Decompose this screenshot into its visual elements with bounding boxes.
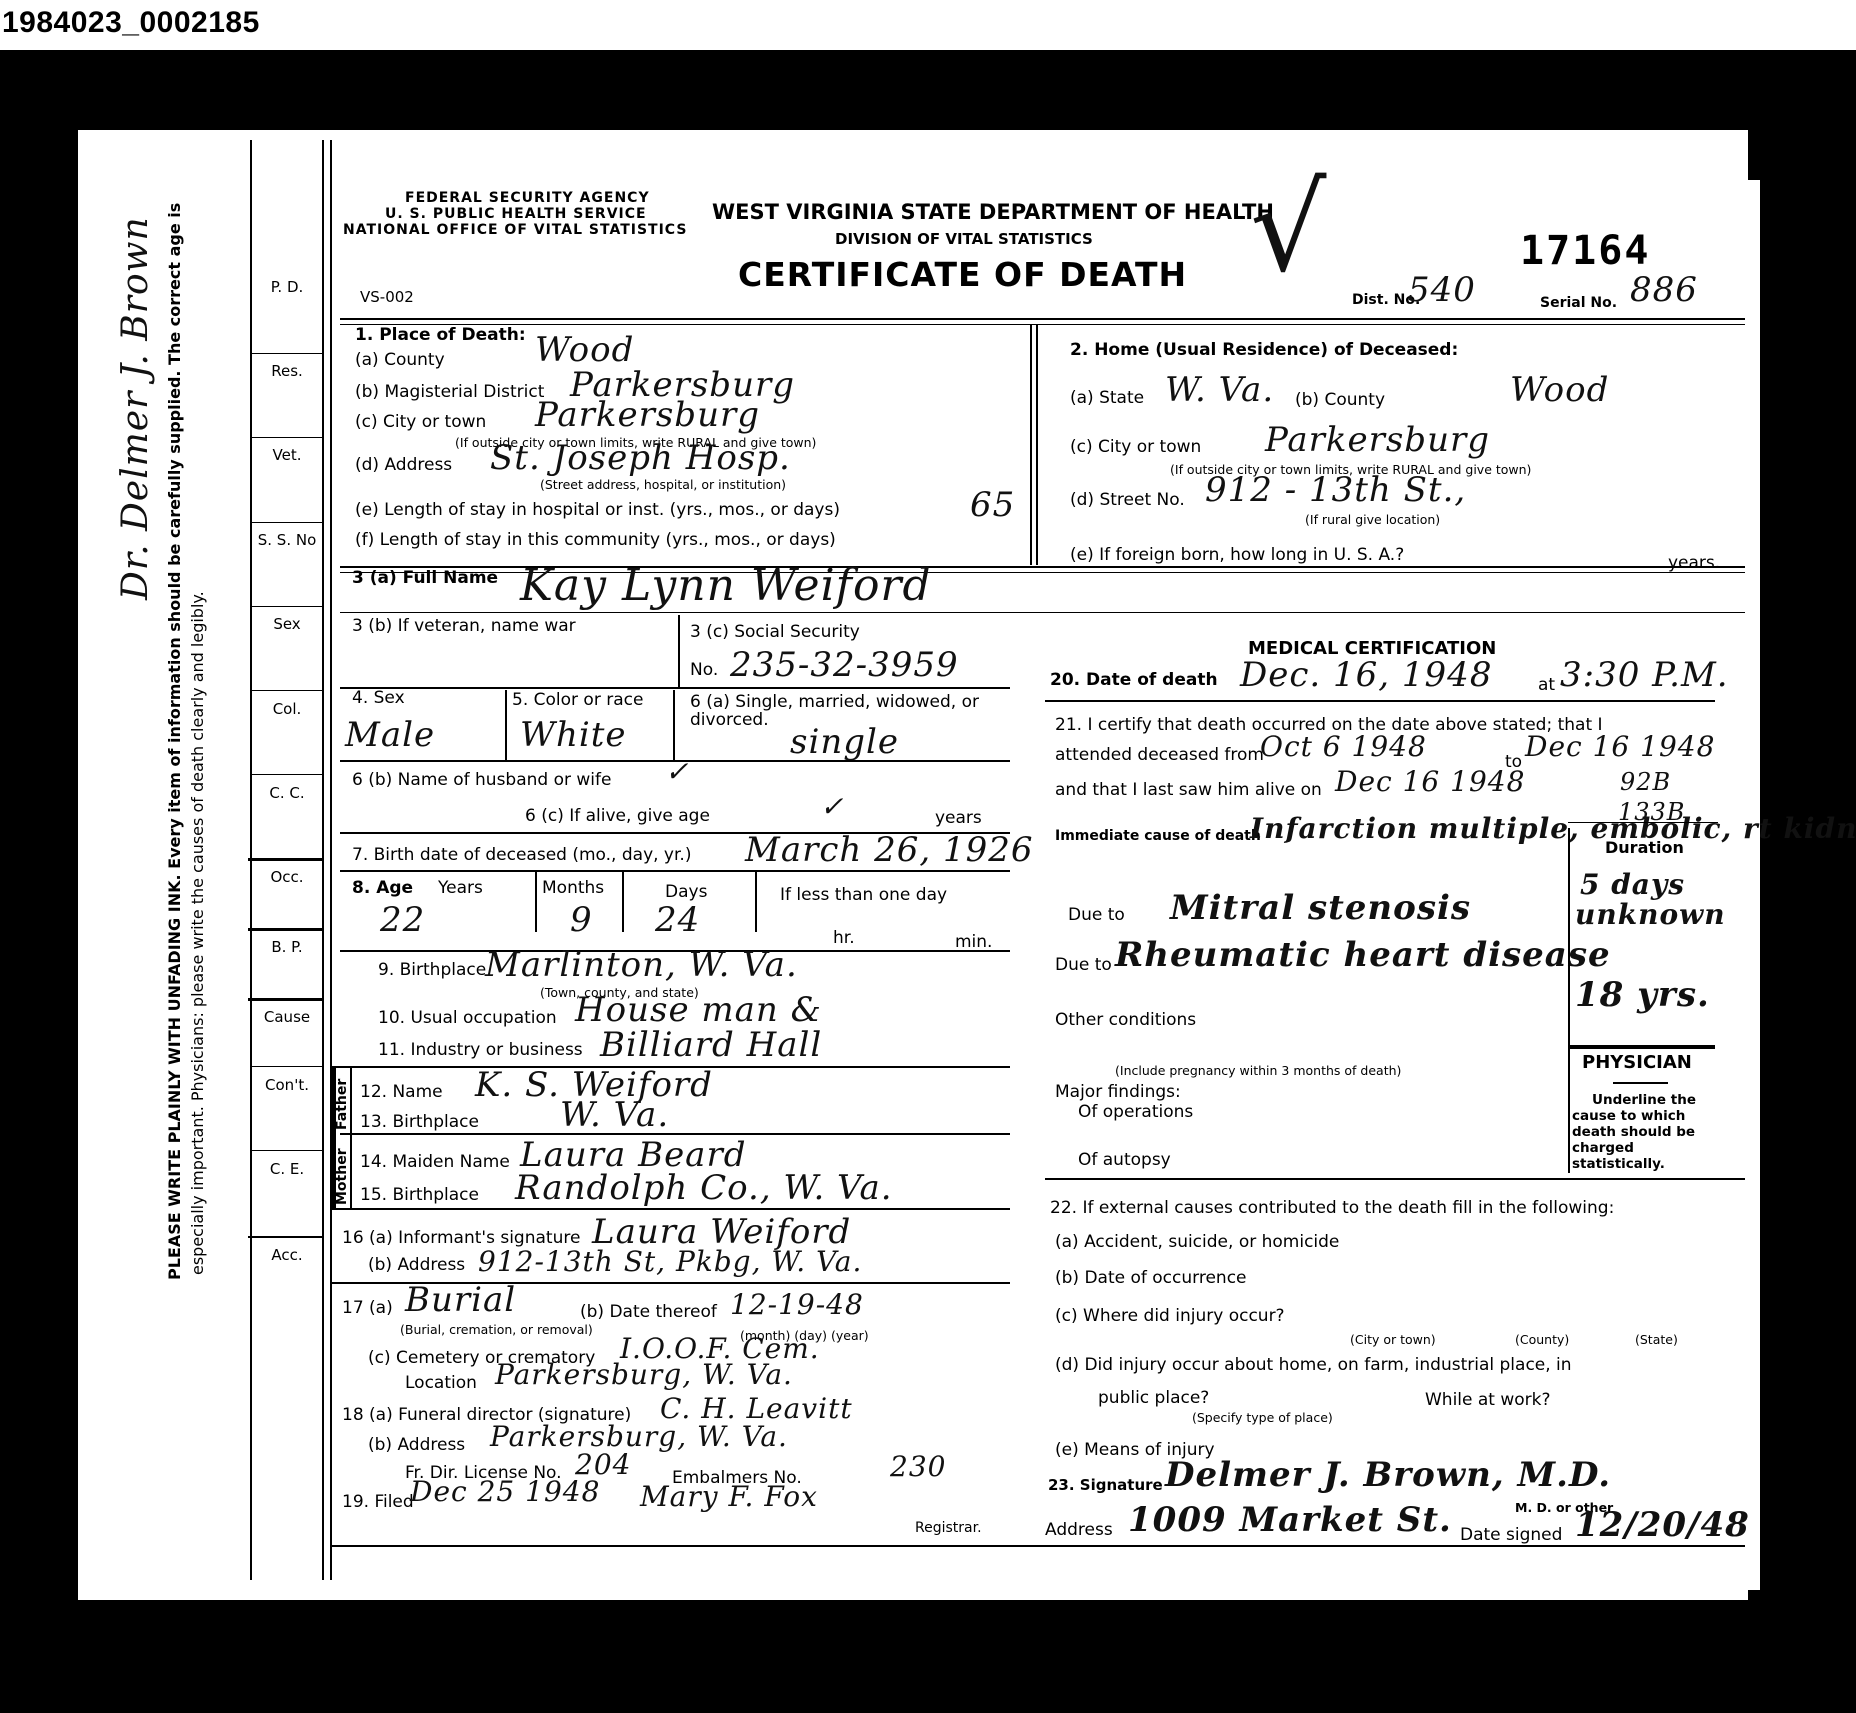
death-time: 3:30 P.M. <box>1560 655 1729 695</box>
duration-2: unknown <box>1575 898 1726 931</box>
mother-maiden-label: 14. Maiden Name <box>360 1152 510 1172</box>
pregnancy-note: (Include pregnancy within 3 months of de… <box>1115 1063 1401 1078</box>
duration-heading: Duration <box>1605 838 1684 857</box>
code-sex: Sex <box>252 615 322 633</box>
registrar-signature: Mary F. Fox <box>640 1480 818 1513</box>
external-d-note: (Specify type of place) <box>1192 1410 1333 1425</box>
attended-to: Dec 16 1948 <box>1525 730 1715 763</box>
stamp-number: 17164 <box>1520 228 1650 274</box>
veteran-label: 3 (b) If veteran, name war <box>352 616 576 636</box>
physician-note: Underline the cause to which death shoul… <box>1572 1092 1715 1172</box>
major-findings-label: Major findings: <box>1055 1082 1181 1102</box>
age-months: 9 <box>570 900 593 940</box>
due-to-label-2: Due to <box>1055 955 1112 975</box>
age-months-header: Months <box>542 878 604 898</box>
father-birthplace-label: 13. Birthplace <box>360 1112 479 1132</box>
public-health-service: U. S. PUBLIC HEALTH SERVICE <box>385 206 647 222</box>
divider <box>340 612 1745 613</box>
duration-1: 5 days <box>1580 868 1685 901</box>
occupation: House man & <box>575 990 822 1030</box>
marital-status: single <box>790 722 899 762</box>
spouse-label: 6 (b) Name of husband or wife <box>352 770 611 790</box>
race: White <box>520 715 627 755</box>
disposition-note: (Burial, cremation, or removal) <box>400 1322 593 1337</box>
location-label: Location <box>405 1373 477 1393</box>
age-days-header: Days <box>665 882 707 902</box>
code-cause: Cause <box>252 1008 322 1026</box>
external-c-city-note: (City or town) <box>1350 1332 1436 1347</box>
attended-label: attended deceased from <box>1055 745 1264 765</box>
ss-no-label: No. <box>690 660 718 680</box>
divider <box>330 1545 1745 1547</box>
death-date-label: 20. Date of death <box>1050 670 1218 690</box>
date-signed: 12/20/48 <box>1575 1505 1750 1545</box>
physician-heading: PHYSICIAN <box>1582 1052 1692 1073</box>
home-county-label: (b) County <box>1295 390 1385 410</box>
address-label: (d) Address <box>355 455 452 475</box>
margin-instructions-2: especially important. Physicians: please… <box>188 591 207 1275</box>
full-name-label-text: 3 (a) Full Name <box>352 568 498 588</box>
divider <box>252 606 322 607</box>
divider <box>1045 700 1715 702</box>
age-min: min. <box>955 932 992 952</box>
dist-value: 540 <box>1408 270 1476 310</box>
disposition: Burial <box>405 1280 516 1320</box>
divider <box>340 324 1745 325</box>
divider <box>330 1208 1010 1210</box>
code-cont: Con't. <box>252 1076 322 1094</box>
death-county: Wood <box>535 330 634 370</box>
while-at-work-label: While at work? <box>1425 1390 1551 1410</box>
city-label: (c) City or town <box>355 412 486 432</box>
registrar-label: Registrar. <box>915 1520 982 1536</box>
serial-value: 886 <box>1630 270 1698 310</box>
spouse-age-label: 6 (c) If alive, give age <box>525 806 710 826</box>
operations-label: Of operations <box>1078 1102 1193 1122</box>
code-bp: B. P. <box>252 938 322 956</box>
division: DIVISION OF VITAL STATISTICS <box>835 230 1093 248</box>
external-a-label: (a) Accident, suicide, or homicide <box>1055 1232 1339 1252</box>
external-heading: 22. If external causes contributed to th… <box>1050 1198 1614 1218</box>
age-hr: hr. <box>833 928 855 948</box>
physician-address: 1009 Market St. <box>1128 1500 1452 1540</box>
page-title: CERTIFICATE OF DEATH <box>738 255 1187 294</box>
filed-label: 19. Filed <box>342 1492 414 1512</box>
sex-label: 4. Sex <box>352 688 405 708</box>
last-seen: Dec 16 1948 <box>1335 765 1525 798</box>
paper-edge <box>1748 180 1760 1590</box>
due-to-1: Mitral stenosis <box>1170 888 1471 928</box>
divider <box>622 872 624 932</box>
code-acc: Acc. <box>252 1246 322 1264</box>
external-d-label: (d) Did injury occur about home, on farm… <box>1055 1355 1572 1375</box>
father-birthplace: W. Va. <box>560 1095 669 1135</box>
divider <box>1036 325 1038 565</box>
national-office: NATIONAL OFFICE OF VITAL STATISTICS <box>343 222 687 238</box>
birth-date: March 26, 1926 <box>745 830 1034 870</box>
divider <box>340 870 1010 872</box>
ss-number: 235-32-3959 <box>730 645 959 685</box>
age-label: 8. Age <box>352 878 413 898</box>
death-date: Dec. 16, 1948 <box>1240 655 1492 695</box>
external-c-state-note: (State) <box>1635 1332 1678 1347</box>
divider <box>1568 822 1718 823</box>
full-name: Kay Lynn Weiford <box>520 560 932 611</box>
divider <box>1570 1045 1715 1049</box>
last-seen-label: and that I last saw him alive on <box>1055 780 1322 800</box>
birth-date-label: 7. Birth date of deceased (mo., day, yr.… <box>352 845 691 865</box>
divider <box>252 1150 322 1151</box>
home-street: 912 - 13th St., <box>1205 470 1466 510</box>
address-note: (Street address, hospital, or institutio… <box>540 477 786 492</box>
divider <box>248 858 322 861</box>
mother-birthplace: Randolph Co., W. Va. <box>515 1168 893 1208</box>
duration-3: 18 yrs. <box>1575 975 1710 1015</box>
occupation-label: 10. Usual occupation <box>378 1008 557 1028</box>
divider <box>673 690 675 760</box>
federal-agency: FEDERAL SECURITY AGENCY <box>405 190 650 206</box>
home-state-label: (a) State <box>1070 388 1144 408</box>
due-to-2: Rheumatic heart disease <box>1115 935 1611 975</box>
image-id-label: 1984023_0002185 <box>2 6 260 40</box>
divider <box>248 1236 322 1238</box>
disposition-label: 17 (a) <box>342 1298 393 1318</box>
code-cc: C. C. <box>252 784 322 802</box>
home-city-label: (c) City or town <box>1070 437 1201 457</box>
external-c-county-note: (County) <box>1515 1332 1569 1347</box>
physician-address-label: Address <box>1045 1520 1113 1540</box>
informant-address: 912-13th St, Pkbg, W. Va. <box>478 1245 862 1278</box>
death-city: Parkersburg <box>535 395 760 435</box>
divider <box>755 872 757 932</box>
code-pd: P. D. <box>252 278 322 296</box>
mother-birthplace-label: 15. Birthplace <box>360 1185 479 1205</box>
divider <box>340 687 1010 689</box>
ss-label: 3 (c) Social Security <box>690 622 860 642</box>
embalmer-number: 230 <box>890 1450 946 1483</box>
county-label: (a) County <box>355 350 445 370</box>
spouse-age: ✓ <box>820 790 844 823</box>
age-less-than-day-header: If less than one day <box>780 885 947 905</box>
spouse-age-suffix: years <box>935 808 982 828</box>
code-vet: Vet. <box>252 446 322 464</box>
informant-address-label: (b) Address <box>368 1255 465 1275</box>
death-time-label: at <box>1538 675 1555 695</box>
divider <box>252 690 322 691</box>
birthplace-label: 9. Birthplace <box>378 960 486 980</box>
age-years: 22 <box>380 900 425 940</box>
divider <box>535 872 537 932</box>
code-res: Res. <box>252 362 322 380</box>
divider <box>248 998 322 1001</box>
divider <box>322 140 324 1580</box>
due-to-label-1: Due to <box>1068 905 1125 925</box>
race-label: 5. Color or race <box>512 690 643 710</box>
divider <box>678 615 680 687</box>
full-name-label: 3 (a) Full Name <box>352 568 498 588</box>
industry: Billiard Hall <box>600 1025 822 1065</box>
divider <box>252 1066 322 1067</box>
checkmark-icon: √ <box>1250 160 1327 299</box>
margin-signature: Dr. Delmer J. Brown <box>115 216 156 600</box>
attended-from: Oct 6 1948 <box>1260 730 1427 763</box>
foreign-label: (e) If foreign born, how long in U. S. A… <box>1070 545 1404 565</box>
place-of-death-heading: 1. Place of Death: <box>355 325 526 345</box>
stay-hospital: 65 <box>970 485 1015 525</box>
foreign-suffix: years. <box>1668 553 1720 573</box>
external-c-label: (c) Where did injury occur? <box>1055 1306 1285 1326</box>
physician-signature: Delmer J. Brown, M.D. <box>1165 1455 1611 1495</box>
mother-tag: Mother <box>334 1148 350 1205</box>
autopsy-label: Of autopsy <box>1078 1150 1171 1170</box>
street-label: (d) Street No. <box>1070 490 1185 510</box>
burial-location: Parkersburg, W. Va. <box>495 1358 793 1391</box>
external-d-label2: public place? <box>1098 1388 1209 1408</box>
sex: Male <box>345 715 435 755</box>
form-number: VS-002 <box>360 288 414 306</box>
image-id-bar: 1984023_0002185 <box>0 0 1856 50</box>
stay-hospital-label: (e) Length of stay in hospital or inst. … <box>355 500 840 520</box>
director-address-label: (b) Address <box>368 1435 465 1455</box>
immediate-cause: Infarction multiple, embolic, rt kidney <box>1250 812 1856 845</box>
district-label: (b) Magisterial District <box>355 382 544 402</box>
stay-community-label: (f) Length of stay in this community (yr… <box>355 530 836 550</box>
director-address: Parkersburg, W. Va. <box>490 1420 788 1453</box>
age-years-header: Years <box>438 878 483 898</box>
divider <box>252 437 322 438</box>
immediate-cause-label: Immediate cause of death <box>1055 828 1261 844</box>
serial-label: Serial No. <box>1540 295 1617 311</box>
death-address: St. Joseph Hosp. <box>490 438 791 478</box>
divider <box>340 318 1745 320</box>
other-conditions-label: Other conditions <box>1055 1010 1196 1030</box>
street-note: (If rural give location) <box>1305 512 1440 527</box>
age-days: 24 <box>655 900 700 940</box>
burial-date: 12-19-48 <box>730 1288 864 1321</box>
annotation-92b: 92B <box>1620 768 1671 796</box>
divider <box>252 353 322 354</box>
code-col: Col. <box>252 700 322 718</box>
home-state: W. Va. <box>1165 370 1274 410</box>
divider <box>252 774 322 775</box>
divider <box>1568 828 1570 1173</box>
home-city: Parkersburg <box>1265 420 1490 460</box>
father-tag: Father <box>334 1079 350 1130</box>
divider <box>330 140 332 1580</box>
divider <box>1030 325 1032 565</box>
father-name-label: 12. Name <box>360 1082 443 1102</box>
state-dept: WEST VIRGINIA STATE DEPARTMENT OF HEALTH <box>712 200 1274 224</box>
birthplace: Marlinton, W. Va. <box>485 945 798 985</box>
divider <box>505 690 507 760</box>
divider <box>248 928 322 931</box>
burial-date-label: (b) Date thereof <box>580 1302 717 1322</box>
industry-label: 11. Industry or business <box>378 1040 583 1060</box>
external-b-label: (b) Date of occurrence <box>1055 1268 1247 1288</box>
divider <box>252 522 322 523</box>
code-occ: Occ. <box>252 868 322 886</box>
divider <box>1613 1082 1668 1084</box>
date-signed-label: Date signed <box>1460 1525 1562 1545</box>
margin-instructions-1: PLEASE WRITE PLAINLY WITH UNFADING INK. … <box>165 203 184 1280</box>
signature-label: 23. Signature <box>1048 1476 1163 1494</box>
spouse: ✓ <box>665 755 689 788</box>
code-ssno: S. S. No <box>252 531 322 549</box>
code-ce: C. E. <box>252 1160 322 1178</box>
home-county: Wood <box>1510 370 1609 410</box>
home-heading: 2. Home (Usual Residence) of Deceased: <box>1070 340 1458 360</box>
filed-date: Dec 25 1948 <box>410 1475 600 1508</box>
divider <box>350 1068 352 1208</box>
divider <box>1045 1178 1745 1180</box>
